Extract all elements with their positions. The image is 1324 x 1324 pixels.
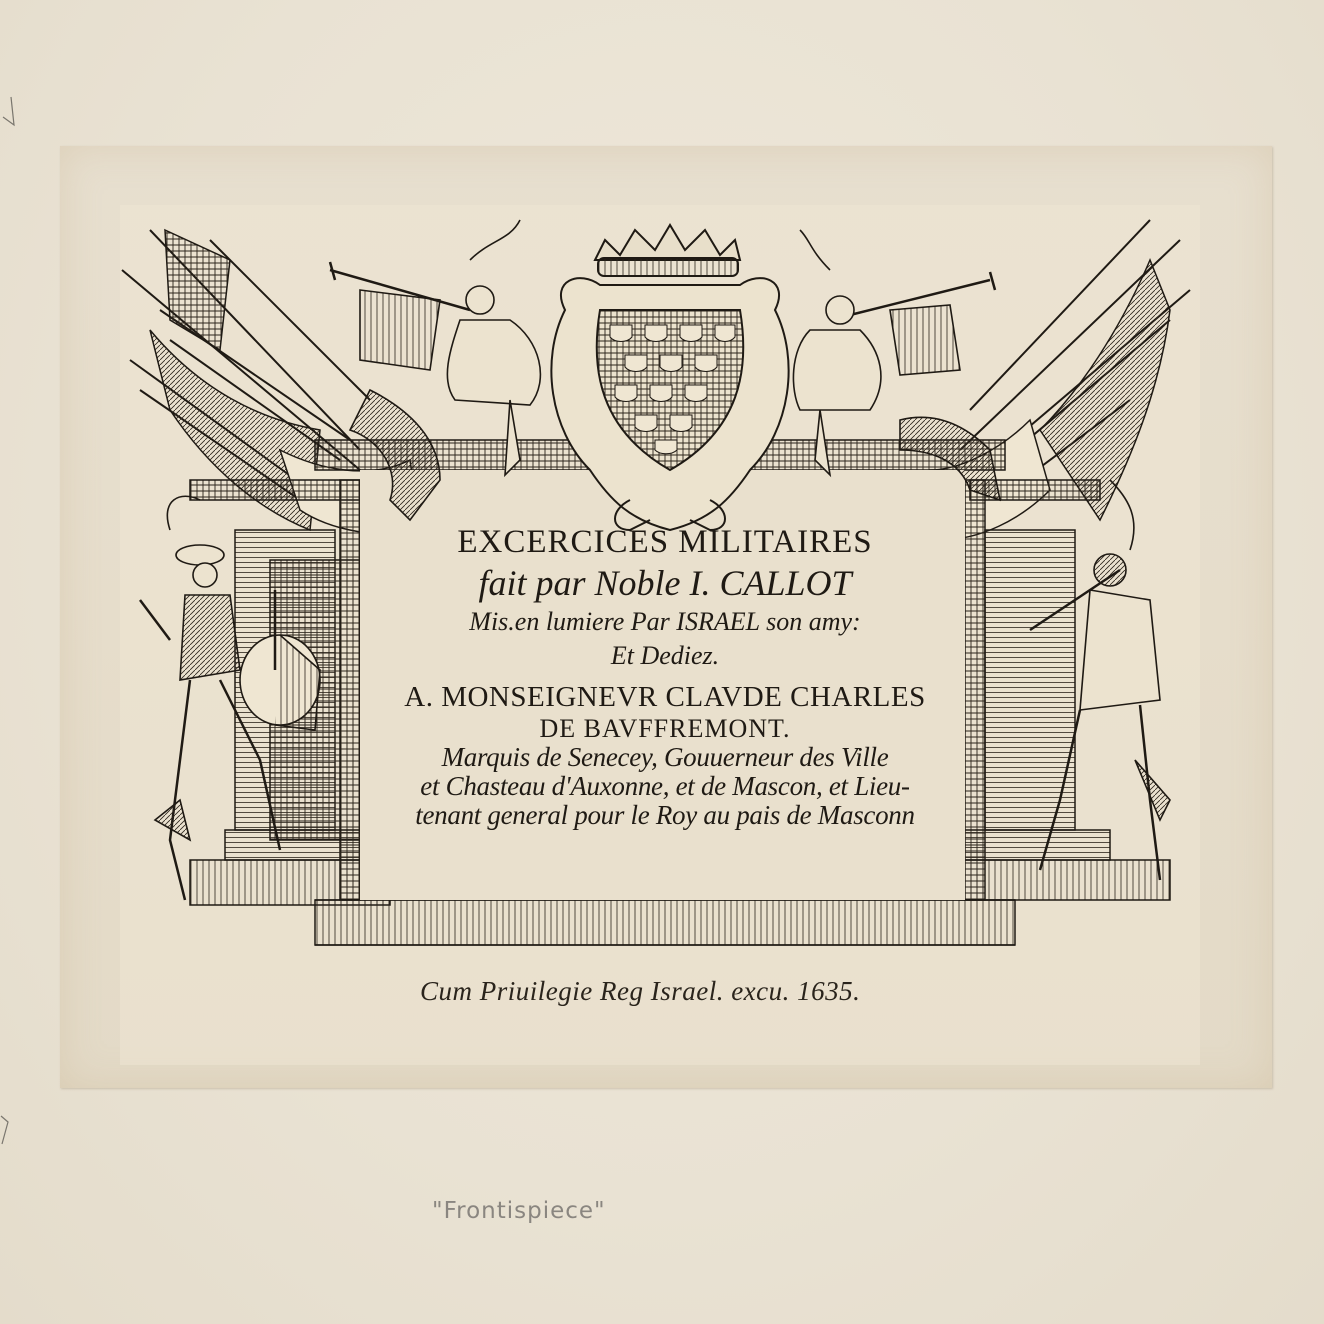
title-line-1: EXCERCICES MILITAIRES	[362, 526, 968, 559]
pencil-annotation-frontispiece: "Frontispiece"	[432, 1198, 606, 1224]
title-line-4: Et Dediez.	[362, 643, 968, 669]
pencil-corner-mark-top	[2, 95, 18, 135]
dedication-line-1: A. MONSEIGNEVR CLAVDE CHARLES	[362, 683, 968, 712]
pencil-corner-mark-bottom	[0, 1110, 12, 1150]
dedication-line-5: tenant general pour le Roy au pais de Ma…	[362, 802, 968, 829]
privilege-inscription: Cum Priuilegie Reg Israel. excu. 1635.	[420, 976, 1000, 1007]
dedication-line-4: et Chasteau d'Auxonne, et de Mascon, et …	[362, 773, 968, 800]
title-line-2: fait par Noble I. CALLOT	[362, 565, 968, 601]
mount-board: EXCERCICES MILITAIRES fait par Noble I. …	[0, 0, 1324, 1324]
title-line-3: Mis.en lumiere Par ISRAEL son amy:	[362, 609, 968, 635]
dedication-line-2: DE BAVFFREMONT.	[362, 716, 968, 742]
print-title-block: EXCERCICES MILITAIRES fait par Noble I. …	[362, 520, 968, 829]
dedication-line-3: Marquis de Senecey, Gouuerneur des Ville	[362, 744, 968, 771]
